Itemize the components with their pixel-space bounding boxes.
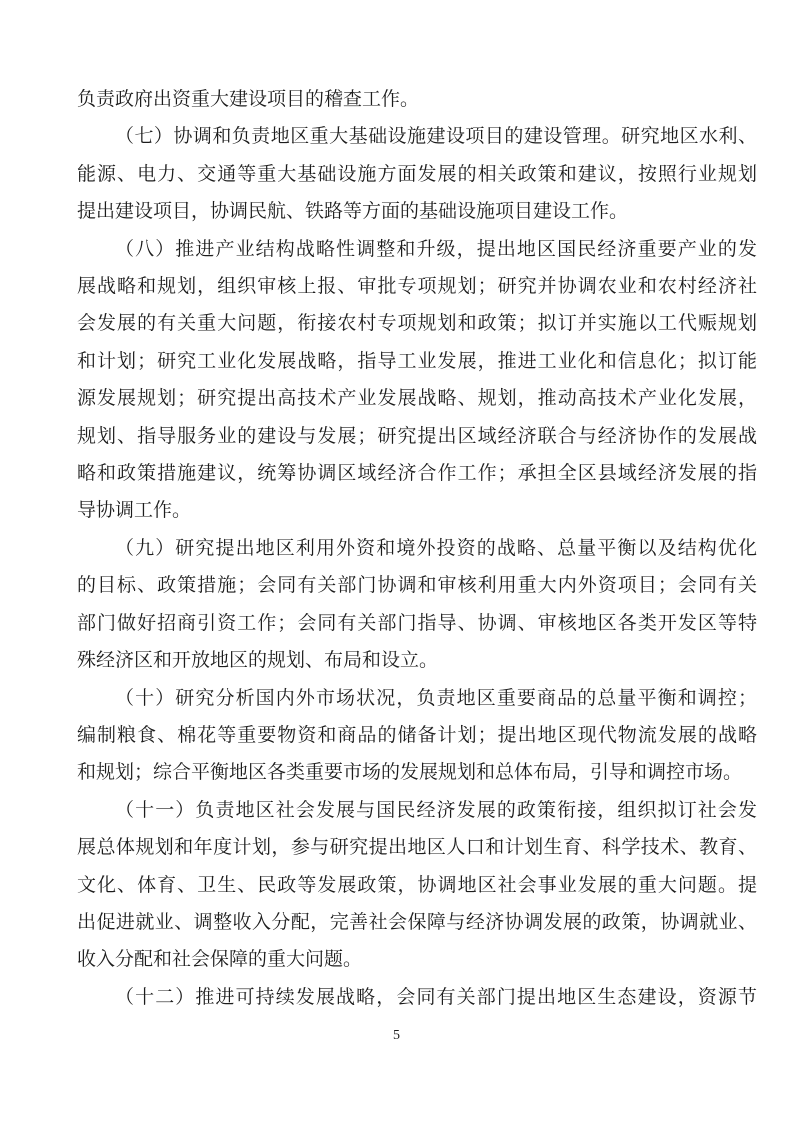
- document-body: 负责政府出资重大建设项目的稽查工作。 （七）协调和负责地区重大基础设施建设项目的…: [77, 81, 757, 1016]
- text-line: （九）研究提出地区利用外资和境外投资的战略、总量平衡以及结构优化: [77, 530, 757, 567]
- text-line: 编制粮食、棉花等重要物资和商品的储备计划；提出地区现代物流发展的战略: [77, 717, 757, 754]
- text-line: 负责政府出资重大建设项目的稽查工作。: [77, 81, 757, 118]
- text-line: 规划、指导服务业的建设与发展；研究提出区域经济联合与经济协作的发展战: [77, 418, 757, 455]
- text-line: 源发展规划；研究提出高技术产业发展战略、规划，推动高技术产业化发展，: [77, 380, 757, 417]
- text-line: 殊经济区和开放地区的规划、布局和设立。: [77, 642, 757, 679]
- text-line: （十二）推进可持续发展战略，会同有关部门提出地区生态建设，资源节: [77, 979, 757, 1016]
- text-line: 略和政策措施建议，统筹协调区域经济合作工作；承担全区县域经济发展的指: [77, 455, 757, 492]
- text-line: 的目标、政策措施；会同有关部门协调和审核利用重大内外资项目；会同有关: [77, 567, 757, 604]
- text-line: （八）推进产业结构战略性调整和升级，提出地区国民经济重要产业的发: [77, 231, 757, 268]
- text-line: 出促进就业、调整收入分配，完善社会保障与经济协调发展的政策，协调就业、: [77, 904, 757, 941]
- text-line: 提出建设项目，协调民航、铁路等方面的基础设施项目建设工作。: [77, 193, 757, 230]
- text-line: 收入分配和社会保障的重大问题。: [77, 941, 757, 978]
- text-line: 会发展的有关重大问题，衔接农村专项规划和政策；拟订并实施以工代赈规划: [77, 305, 757, 342]
- text-line: 能源、电力、交通等重大基础设施方面发展的相关政策和建议，按照行业规划: [77, 156, 757, 193]
- text-line: 展战略和规划，组织审核上报、审批专项规划；研究并协调农业和农村经济社: [77, 268, 757, 305]
- text-line: 导协调工作。: [77, 492, 757, 529]
- text-line: 部门做好招商引资工作；会同有关部门指导、协调、审核地区各类开发区等特: [77, 605, 757, 642]
- page-number: 5: [0, 1026, 793, 1046]
- document-page: 负责政府出资重大建设项目的稽查工作。 （七）协调和负责地区重大基础设施建设项目的…: [0, 0, 793, 1122]
- text-line: （七）协调和负责地区重大基础设施建设项目的建设管理。研究地区水利、: [77, 118, 757, 155]
- text-line: （十）研究分析国内外市场状况，负责地区重要商品的总量平衡和调控；: [77, 680, 757, 717]
- text-line: 文化、体育、卫生、民政等发展政策，协调地区社会事业发展的重大问题。提: [77, 867, 757, 904]
- text-line: 和计划；研究工业化发展战略，指导工业发展，推进工业化和信息化；拟订能: [77, 343, 757, 380]
- text-line: 和规划；综合平衡地区各类重要市场的发展规划和总体布局，引导和调控市场。: [77, 754, 757, 791]
- text-line: 展总体规划和年度计划，参与研究提出地区人口和计划生育、科学技术、教育、: [77, 829, 757, 866]
- text-line: （十一）负责地区社会发展与国民经济发展的政策衔接，组织拟订社会发: [77, 792, 757, 829]
